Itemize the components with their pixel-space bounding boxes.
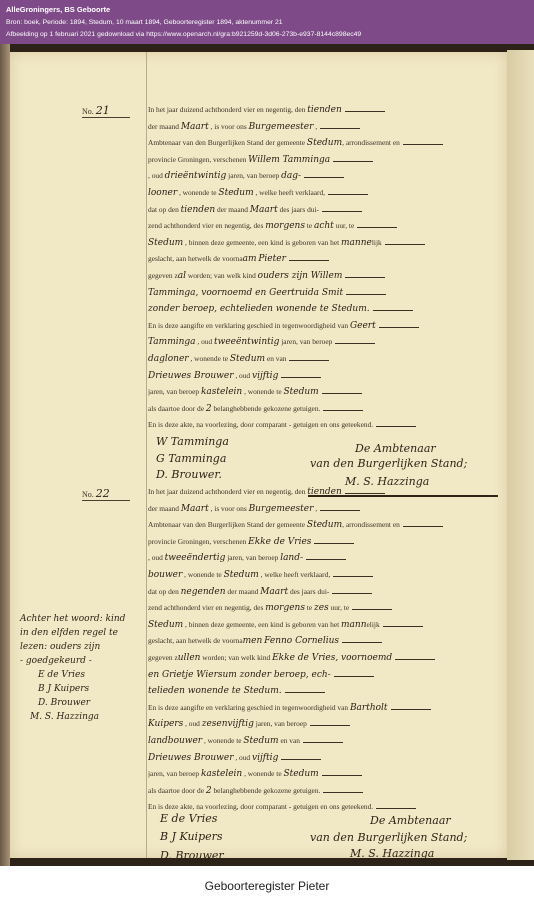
printed-text: In het jaar duizend achthonderd vier en …	[148, 105, 307, 114]
fill-line	[334, 669, 374, 677]
printed-text: , oud	[148, 553, 165, 562]
akte-line: , oud drieëntwintig jaren, van beroep da…	[148, 168, 493, 185]
handwritten-entry: negenden	[181, 587, 226, 597]
akte-line: En is deze akte, na voorlezing, door com…	[148, 417, 493, 434]
printed-text: der maand	[226, 587, 261, 596]
akte-22-witness-signature: D. Brouwer	[160, 849, 224, 862]
printed-text: , arrondissement en	[342, 520, 400, 529]
fill-line	[345, 270, 385, 278]
handwritten-entry: dag-	[281, 171, 301, 181]
akte-line: dat op den negenden der maand Maart des …	[148, 584, 493, 601]
handwritten-entry: tienden	[181, 205, 216, 215]
akte-line: Stedum , binnen deze gemeente, een kind …	[148, 235, 493, 252]
fill-line	[357, 220, 397, 228]
akte-line: Tamminga , oud tweeëntwintig jaren, van …	[148, 334, 493, 351]
handwritten-entry: Stedum	[307, 520, 342, 530]
margin-rule	[146, 52, 147, 858]
akte-line: Stedum , binnen deze gemeente, een kind …	[148, 617, 493, 634]
handwritten-entry: Stedum	[148, 620, 183, 630]
handwritten-entry: tienden	[307, 487, 342, 497]
fill-line	[323, 785, 363, 793]
printed-text: jaren, van beroep	[254, 719, 307, 728]
handwritten-entry: zesenvijftig	[202, 719, 254, 729]
fill-line	[322, 204, 362, 212]
akte-line: In het jaar duizend achthonderd vier en …	[148, 102, 493, 119]
akte-22-text: In het jaar duizend achthonderd vier en …	[148, 484, 493, 816]
fill-line	[346, 287, 386, 295]
akte-line: geslacht, aan hetwelk de voornaam Pieter	[148, 251, 493, 268]
printed-text: , welke heeft verklaard,	[254, 188, 325, 197]
fill-line	[322, 386, 362, 394]
fill-line	[281, 370, 321, 378]
handwritten-entry: am	[243, 254, 257, 264]
handwritten-entry: al	[178, 271, 186, 281]
fill-line	[320, 503, 360, 511]
caption: Geboorteregister Pieter	[0, 866, 534, 905]
akte-line: Ambtenaar van den Burgerlijken Stand der…	[148, 135, 493, 152]
printed-text: belanghebbende gekozene getuigen.	[212, 786, 321, 795]
printed-text: , binnen deze gemeente, een kind is gebo…	[183, 620, 341, 629]
akte-line: En is deze aangifte en verklaring geschi…	[148, 700, 493, 717]
printed-text: der maand	[148, 504, 181, 513]
handwritten-entry: Tamminga	[148, 337, 196, 347]
akte-line: der maand Maart , is voor ons Burgemeest…	[148, 119, 493, 136]
fill-line	[332, 586, 372, 594]
printed-text: en van	[279, 736, 300, 745]
handwritten-entry: men	[243, 636, 263, 646]
facing-page-edge	[507, 50, 534, 860]
handwritten-entry: acht	[314, 221, 334, 231]
printed-text: , wonende te	[202, 736, 243, 745]
handwritten-entry: en Grietje Wiersum zonder beroep, ech-	[148, 670, 331, 680]
printed-text: ,	[313, 504, 317, 513]
akte-22-official-title: van den Burgerlijken Stand;	[310, 831, 467, 844]
handwritten-entry: Stedum	[218, 188, 253, 198]
printed-text: worden; van welk kind	[200, 653, 272, 662]
handwritten-entry: kastelein	[201, 387, 242, 397]
akte-line: geslacht, aan hetwelk de voornamen Fenno…	[148, 633, 493, 650]
akte-line: en Grietje Wiersum zonder beroep, ech-	[148, 667, 493, 684]
printed-text: Ambtenaar van den Burgerlijken Stand der…	[148, 138, 307, 147]
akte-line: Kuipers , oud zesenvijftig jaren, van be…	[148, 716, 493, 733]
handwritten-entry: Drieuwes Brouwer	[148, 753, 234, 763]
printed-text: jaren, van beroep	[225, 553, 280, 562]
fill-line	[379, 320, 419, 328]
printed-text: des jaars dui-	[288, 587, 329, 596]
akte-line: landbouwer , wonende te Stedum en van	[148, 733, 493, 750]
fill-line	[285, 685, 325, 693]
handwritten-entry: Stedum	[307, 138, 342, 148]
akte-line: provincie Groningen, verschenen Willem T…	[148, 152, 493, 169]
printed-text: , wonende te	[182, 570, 223, 579]
printed-text: dat op den	[148, 205, 181, 214]
handwritten-entry: Fenno Cornelius	[264, 636, 339, 646]
handwritten-entry: ouders zijn Willem	[258, 271, 343, 281]
fill-line	[342, 635, 382, 643]
fill-line	[322, 768, 362, 776]
akte-22-official-title: De Ambtenaar	[370, 814, 451, 827]
printed-text: , wonende te	[177, 188, 218, 197]
handwritten-entry: manne	[341, 238, 372, 248]
fill-line	[373, 303, 413, 311]
printed-text: en van	[265, 354, 286, 363]
printed-text: , oud	[148, 171, 165, 180]
fill-line	[391, 702, 431, 710]
akte-line: looner , wonende te Stedum , welke heeft…	[148, 185, 493, 202]
printed-text: , arrondissement en	[342, 138, 400, 147]
akte-line: zend achthonderd vier en negentig, des m…	[148, 218, 493, 235]
printed-text: des jaars dui-	[278, 205, 319, 214]
fill-line	[323, 403, 363, 411]
fill-line	[345, 104, 385, 112]
akte-21-witness-signature: D. Brouwer.	[156, 468, 222, 481]
handwritten-entry: Stedum	[230, 354, 265, 364]
record-source: Bron: boek, Periode: 1894, Stedum, 10 ma…	[6, 19, 283, 26]
fill-line	[385, 237, 425, 245]
fill-line	[303, 735, 343, 743]
printed-text: uur, te	[329, 603, 349, 612]
akte-21-official-title: van den Burgerlijken Stand;	[310, 457, 467, 470]
handwritten-entry: tweeëndertig	[165, 553, 226, 563]
handwritten-entry: Burgemeester	[249, 122, 314, 132]
fill-line	[289, 353, 329, 361]
margin-note: Achter het woord: kind in den elfden reg…	[20, 612, 140, 724]
printed-text: der maand	[148, 122, 181, 131]
printed-text: jaren, van beroep	[279, 337, 332, 346]
handwritten-entry: kastelein	[201, 769, 242, 779]
printed-text: , oud	[234, 753, 252, 762]
handwritten-entry: Stedum	[243, 736, 278, 746]
record-title: AlleGroningers, BS Geboorte	[6, 5, 110, 14]
akte-line: En is deze aangifte en verklaring geschi…	[148, 318, 493, 335]
printed-text: , oud	[196, 337, 214, 346]
printed-text: jaren, van beroep	[148, 387, 201, 396]
handwritten-entry: mann	[341, 620, 367, 630]
printed-text: gegeven z	[148, 271, 178, 280]
fill-line	[328, 187, 368, 195]
handwritten-entry: morgens	[265, 603, 305, 613]
handwritten-entry: Willem Tamminga	[248, 155, 330, 165]
fill-line	[333, 569, 373, 577]
handwritten-entry: Maart	[181, 504, 209, 514]
record-download-info: Afbeelding op 1 februari 2021 gedownload…	[6, 31, 361, 38]
register-page: No. 21 In het jaar duizend achthonderd v…	[10, 52, 507, 858]
akte-21-official-title: De Ambtenaar	[355, 442, 436, 455]
handwritten-entry: tienden	[307, 105, 342, 115]
printed-text: , is voor ons	[209, 122, 249, 131]
fill-line	[281, 752, 321, 760]
akte-line: Drieuwes Brouwer , oud vijftig	[148, 750, 493, 767]
record-header: AlleGroningers, BS Geboorte Bron: boek, …	[0, 0, 534, 44]
fill-line	[304, 170, 344, 178]
fill-line	[314, 536, 354, 544]
handwritten-entry: dagloner	[148, 354, 189, 364]
akte-line: bouwer , wonende te Stedum , welke heeft…	[148, 567, 493, 584]
fill-line	[345, 486, 385, 494]
handwritten-entry: Pieter	[258, 254, 286, 264]
printed-text: En is deze akte, na voorlezing, door com…	[148, 802, 373, 811]
akte-line: dat op den tienden der maand Maart des j…	[148, 202, 493, 219]
handwritten-entry: vijftig	[252, 753, 278, 763]
akte-line: jaren, van beroep kastelein , wonende te…	[148, 766, 493, 783]
handwritten-entry: Maart	[250, 205, 278, 215]
akte-21-text: In het jaar duizend achthonderd vier en …	[148, 102, 493, 434]
printed-text: als daartoe door de	[148, 786, 206, 795]
handwritten-entry: Stedum	[283, 769, 318, 779]
printed-text: te	[305, 603, 314, 612]
akte-21-witness-signature: W Tamminga	[156, 435, 229, 448]
fill-line	[333, 154, 373, 162]
akte-line: In het jaar duizend achthonderd vier en …	[148, 484, 493, 501]
handwritten-entry: Kuipers	[148, 719, 183, 729]
akte-line: als daartoe door de 2 belanghebbende gek…	[148, 783, 493, 800]
fill-line	[320, 121, 360, 129]
akte-line: Drieuwes Brouwer , oud vijftig	[148, 368, 493, 385]
fill-line	[310, 718, 350, 726]
fill-line	[376, 419, 416, 427]
fill-line	[403, 519, 443, 527]
book-left-edge	[0, 44, 10, 866]
printed-text: zend achthonderd vier en negentig, des	[148, 603, 265, 612]
handwritten-entry: land-	[280, 553, 303, 563]
handwritten-entry: zonder beroep, echtelieden wonende te St…	[148, 304, 370, 314]
akte-22-number: No. 22	[82, 487, 130, 501]
fill-line	[376, 801, 416, 809]
handwritten-entry: bouwer	[148, 570, 182, 580]
akte-21-number: No. 21	[82, 104, 130, 118]
printed-text: als daartoe door de	[148, 404, 206, 413]
fill-line	[383, 619, 423, 627]
printed-text: gegeven z	[148, 653, 178, 662]
akte-22-witness-signature: B J Kuipers	[160, 830, 223, 843]
printed-text: lijk	[372, 238, 382, 247]
handwritten-entry: Tamminga, voornoemd en Geertruida Smit	[148, 288, 343, 298]
printed-text: geslacht, aan hetwelk de voorna	[148, 636, 243, 645]
akte-line: gegeven zullen worden; van welk kind Ekk…	[148, 650, 493, 667]
printed-text: , wonende te	[189, 354, 230, 363]
scanned-register-image: No. 21 In het jaar duizend achthonderd v…	[0, 44, 534, 866]
printed-text: In het jaar duizend achthonderd vier en …	[148, 487, 307, 496]
printed-text: Ambtenaar van den Burgerlijken Stand der…	[148, 520, 307, 529]
handwritten-entry: vijftig	[252, 371, 278, 381]
akte-line: als daartoe door de 2 belanghebbende gek…	[148, 401, 493, 418]
printed-text: , welke heeft verklaard,	[259, 570, 330, 579]
printed-text: geslacht, aan hetwelk de voorna	[148, 254, 243, 263]
printed-text: , wonende te	[242, 387, 283, 396]
handwritten-entry: Geert	[350, 321, 376, 331]
handwritten-entry: telieden wonende te Stedum.	[148, 686, 282, 696]
akte-line: , oud tweeëndertig jaren, van beroep lan…	[148, 550, 493, 567]
akte-line: gegeven zal worden; van welk kind ouders…	[148, 268, 493, 285]
printed-text: zend achthonderd vier en negentig, des	[148, 221, 265, 230]
printed-text: , is voor ons	[209, 504, 249, 513]
printed-text: elijk	[367, 620, 380, 629]
printed-text: , binnen deze gemeente, een kind is gebo…	[183, 238, 341, 247]
printed-text: belanghebbende gekozene getuigen.	[212, 404, 321, 413]
printed-text: , oud	[234, 371, 252, 380]
handwritten-entry: landbouwer	[148, 736, 202, 746]
handwritten-entry: tweeëntwintig	[214, 337, 279, 347]
printed-text: , wonende te	[242, 769, 283, 778]
fill-line	[306, 552, 346, 560]
akte-22-official-signature: M. S. Hazzinga	[350, 847, 434, 860]
printed-text: En is deze aangifte en verklaring geschi…	[148, 703, 350, 712]
akte-line: provincie Groningen, verschenen Ekke de …	[148, 534, 493, 551]
fill-line	[395, 652, 435, 660]
handwritten-entry: Stedum	[224, 570, 259, 580]
printed-text: En is deze aangifte en verklaring geschi…	[148, 321, 350, 330]
akte-line: Tamminga, voornoemd en Geertruida Smit	[148, 285, 493, 302]
akte-line: zonder beroep, echtelieden wonende te St…	[148, 301, 493, 318]
printed-text: jaren, van beroep	[148, 769, 201, 778]
printed-text: worden; van welk kind	[186, 271, 258, 280]
fill-line	[289, 253, 329, 261]
handwritten-entry: Burgemeester	[249, 504, 314, 514]
handwritten-entry: Stedum	[148, 238, 183, 248]
printed-text: uur, te	[334, 221, 354, 230]
handwritten-entry: Ekke de Vries	[248, 537, 311, 547]
printed-text: der maand	[215, 205, 250, 214]
fill-line	[352, 602, 392, 610]
handwritten-entry: Maart	[181, 122, 209, 132]
handwritten-entry: Maart	[260, 587, 288, 597]
akte-21-witness-signature: G Tamminga	[156, 452, 226, 465]
printed-text: provincie Groningen, verschenen	[148, 537, 248, 546]
printed-text: dat op den	[148, 587, 181, 596]
handwritten-entry: looner	[148, 188, 177, 198]
fill-line	[403, 137, 443, 145]
printed-text: En is deze akte, na voorlezing, door com…	[148, 420, 373, 429]
handwritten-entry: ullen	[178, 653, 201, 663]
handwritten-entry: Ekke de Vries, voornoemd	[272, 653, 392, 663]
handwritten-entry: zes	[314, 603, 329, 613]
akte-line: zend achthonderd vier en negentig, des m…	[148, 600, 493, 617]
akte-22-witness-signature: E de Vries	[160, 812, 217, 825]
akte-line: dagloner , wonende te Stedum en van	[148, 351, 493, 368]
printed-text: ,	[313, 122, 317, 131]
akte-line: jaren, van beroep kastelein , wonende te…	[148, 384, 493, 401]
handwritten-entry: Stedum	[283, 387, 318, 397]
handwritten-entry: Drieuwes Brouwer	[148, 371, 234, 381]
akte-line: Ambtenaar van den Burgerlijken Stand der…	[148, 517, 493, 534]
handwritten-entry: drieëntwintig	[165, 171, 227, 181]
handwritten-entry: morgens	[265, 221, 305, 231]
printed-text: provincie Groningen, verschenen	[148, 155, 248, 164]
printed-text: , oud	[183, 719, 201, 728]
fill-line	[335, 336, 375, 344]
printed-text: jaren, van beroep	[226, 171, 281, 180]
akte-line: telieden wonende te Stedum.	[148, 683, 493, 700]
printed-text: te	[305, 221, 314, 230]
akte-line: der maand Maart , is voor ons Burgemeest…	[148, 501, 493, 518]
handwritten-entry: Bartholt	[350, 703, 388, 713]
